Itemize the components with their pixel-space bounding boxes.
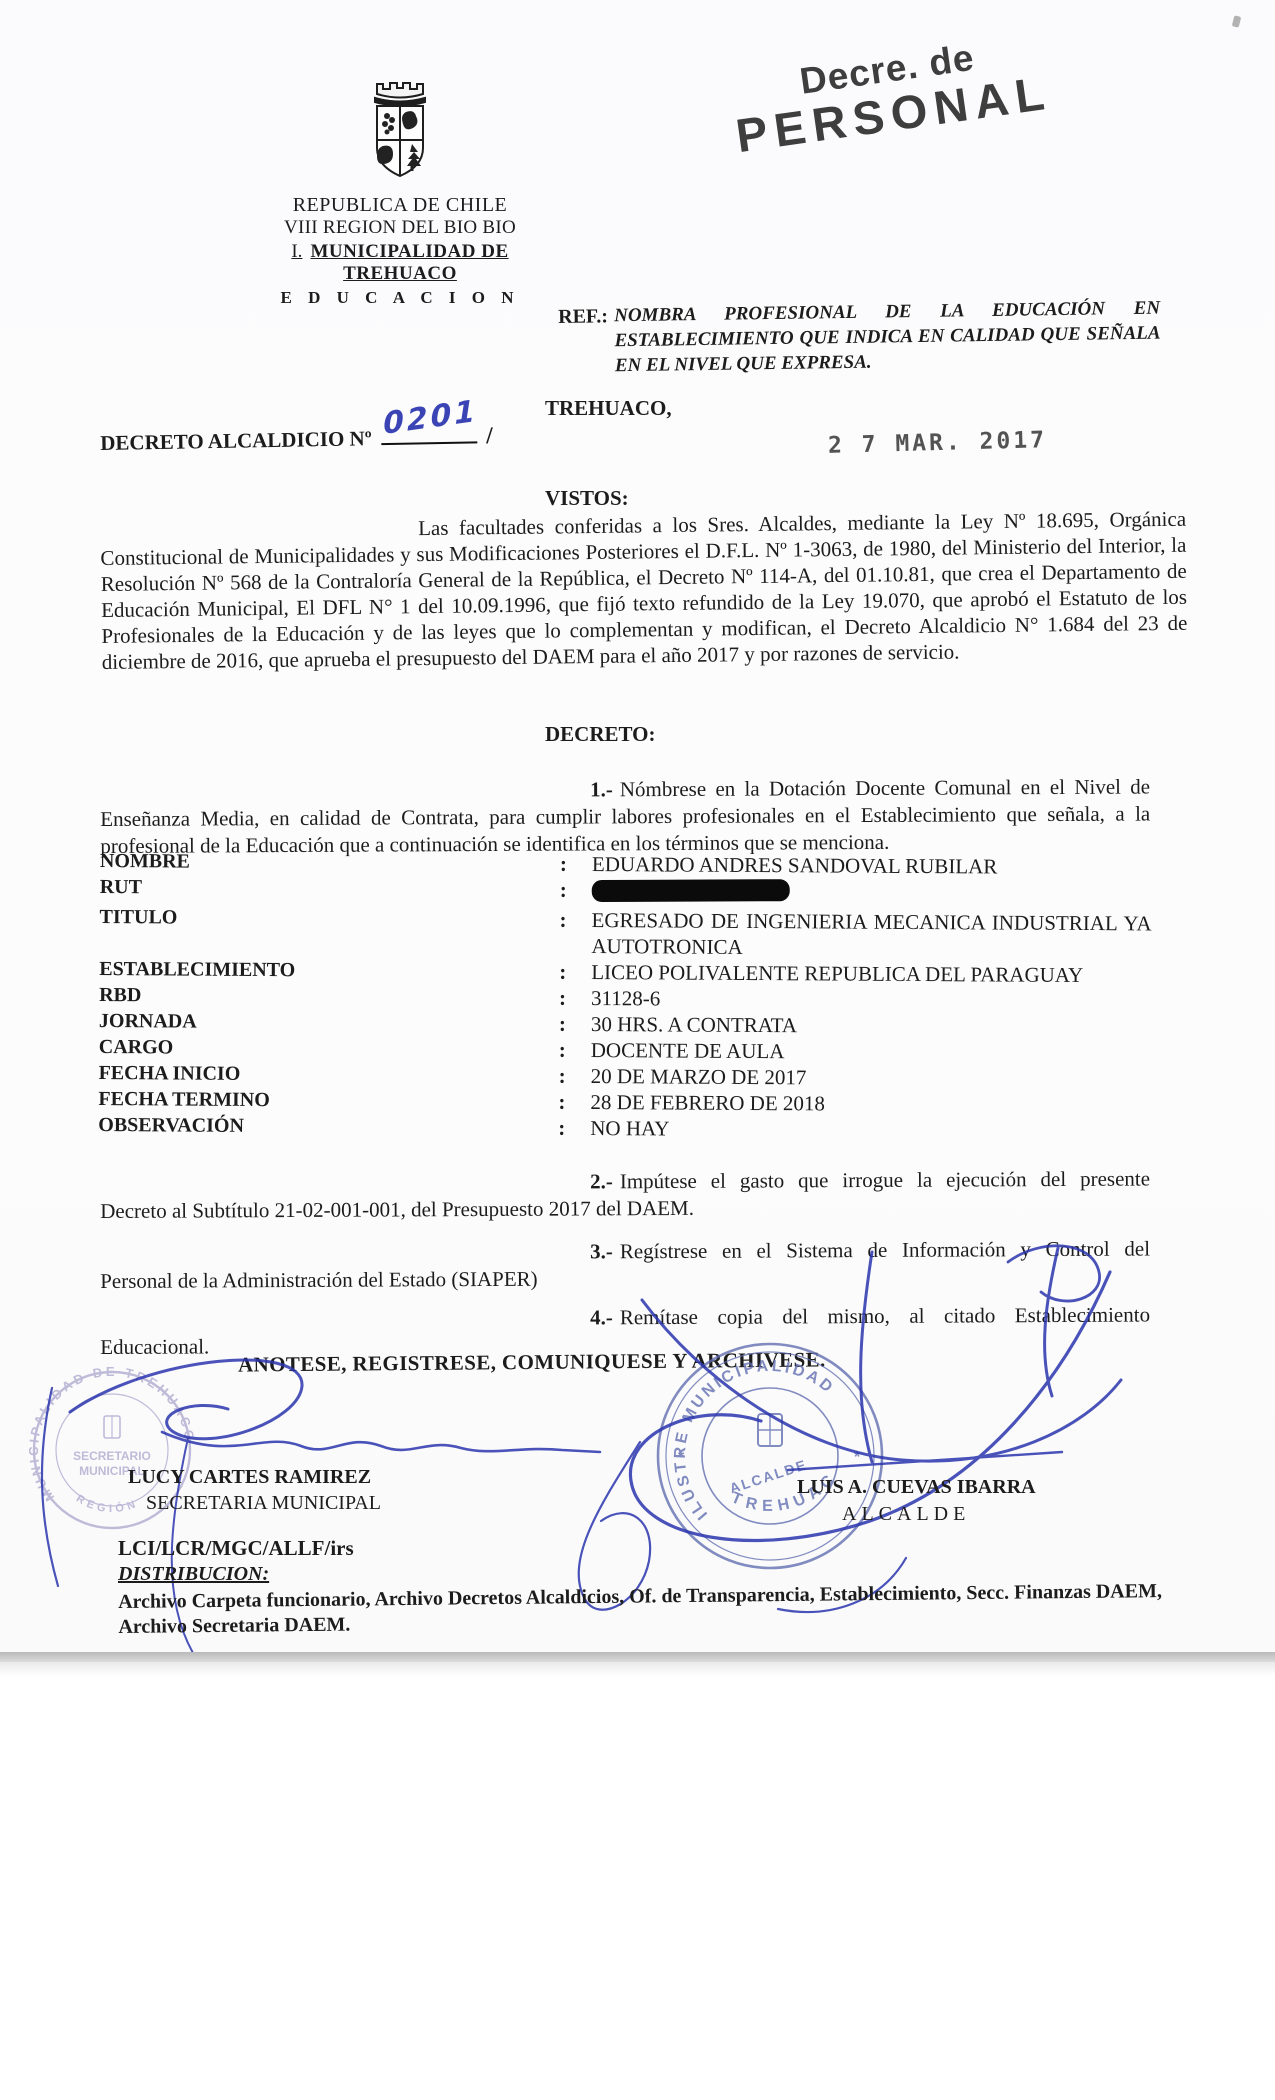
mayor-name: LUIS A. CUEVAS IBARRA [797,1476,1036,1499]
field-label: JORNADA [99,1008,559,1037]
field-label: CARGO [99,1034,559,1063]
field-colon: : [560,877,592,903]
secretary-title: SECRETARIA MUNICIPAL [146,1492,381,1515]
decree-item-2-text: Impútese el gasto que irrogue la ejecuci… [100,1167,1150,1223]
decree-item-1: 1.-Nómbrese en la Dotación Docente Comun… [100,774,1150,860]
decree-item-1-text: Nómbrese en la Dotación Docente Comunal … [100,775,1150,858]
decree-item-4-number: 4.- [590,1305,613,1329]
field-label: ESTABLECIMIENTO [99,956,559,985]
field-value: DOCENTE DE AULA [591,1037,1151,1066]
field-colon: : [558,1089,590,1115]
place-line: TREHUACO, [545,396,672,421]
field-label: RUT [100,874,560,903]
header-municipality: I.MUNICIPALIDAD DE TREHUACO [235,241,565,285]
document-header: REPUBLICA DE CHILE VIII REGION DEL BIO B… [235,72,565,308]
field-label: FECHA TERMINO [98,1086,558,1115]
field-colon: : [559,1011,591,1037]
field-colon: : [558,1115,590,1141]
field-colon: : [559,985,591,1011]
field-value: 28 DE FEBRERO DE 2018 [590,1089,1150,1118]
secretary-name: LUCY CARTES RAMIREZ [128,1466,371,1489]
mayor-title: ALCALDE [842,1503,970,1526]
field-value: NO HAY [590,1115,1150,1144]
decree-number-blank: 0201 [381,421,477,445]
coat-of-arms-icon [357,72,443,188]
decree-number-label: DECRETO ALCALDICIO Nº [100,426,372,455]
field-value: 30 HRS. A CONTRATA [591,1011,1151,1040]
field-value: EGRESADO DE INGENIERIA MECANICA INDUSTRI… [591,907,1151,962]
header-country: REPUBLICA DE CHILE [235,194,565,217]
field-colon: : [560,851,592,877]
vistos-heading: VISTOS: [545,486,629,511]
decree-item-1-number: 1.- [590,777,613,801]
field-label: RBD [99,982,559,1011]
decreto-heading: DECRETO: [545,722,655,747]
header-region: VIII REGION DEL BIO BIO [235,217,565,239]
appointment-fields-table: NOMBRE : EDUARDO ANDRES SANDOVAL RUBILAR… [98,848,1152,1144]
field-label: FECHA INICIO [99,1060,559,1089]
header-department: E D U C A C I O N [235,288,565,308]
distribution-label: DISTRIBUCION: [118,1563,269,1586]
decree-number-slash: / [486,423,493,449]
decree-item-3-text: Regístrese en el Sistema de Información … [100,1237,1150,1293]
field-value: EDUARDO ANDRES SANDOVAL RUBILAR [592,851,1152,880]
field-colon: : [559,959,591,985]
scanned-decree-page: REPUBLICA DE CHILE VIII REGION DEL BIO B… [0,0,1275,2100]
field-colon: : [559,1037,591,1063]
field-colon: : [559,1063,591,1089]
decree-item-2-number: 2.- [590,1169,613,1193]
decree-item-3-number: 3.- [590,1239,613,1263]
field-colon: : [559,907,591,933]
decree-item-2: 2.-Impútese el gasto que irrogue la ejec… [100,1166,1150,1225]
field-label: TITULO [99,904,559,933]
decree-item-3: 3.-Regístrese en el Sistema de Informaci… [100,1236,1150,1295]
paper-edge-fade [0,1662,1275,1676]
vistos-paragraph: Las facultades conferidas a los Sres. Al… [100,506,1188,675]
field-label: OBSERVACIÓN [98,1112,558,1141]
header-municipality-prefix: I. [291,241,302,262]
field-value: 20 DE MARZO DE 2017 [591,1063,1151,1092]
rut-redaction-bar [592,879,790,902]
field-value-redacted [592,877,1152,910]
field-value: LICEO POLIVALENTE REPUBLICA DEL PARAGUAY [591,959,1151,988]
paper-edge-shadow [0,1652,1275,1662]
field-value: 31128-6 [591,985,1151,1014]
field-label: NOMBRE [100,848,560,877]
field-row-titulo: TITULO : EGRESADO DE INGENIERIA MECANICA… [99,904,1151,962]
initials-line: LCI/LCR/MGC/ALLF/irs [118,1536,354,1561]
closing-line: ANOTESE, REGISTRESE, COMUNIQUESE Y ARCHI… [238,1347,826,1377]
ref-label: REF.: [558,305,608,329]
ref-text: NOMBRA PROFESIONAL DE LA EDUCACIÓN EN ES… [614,296,1161,379]
